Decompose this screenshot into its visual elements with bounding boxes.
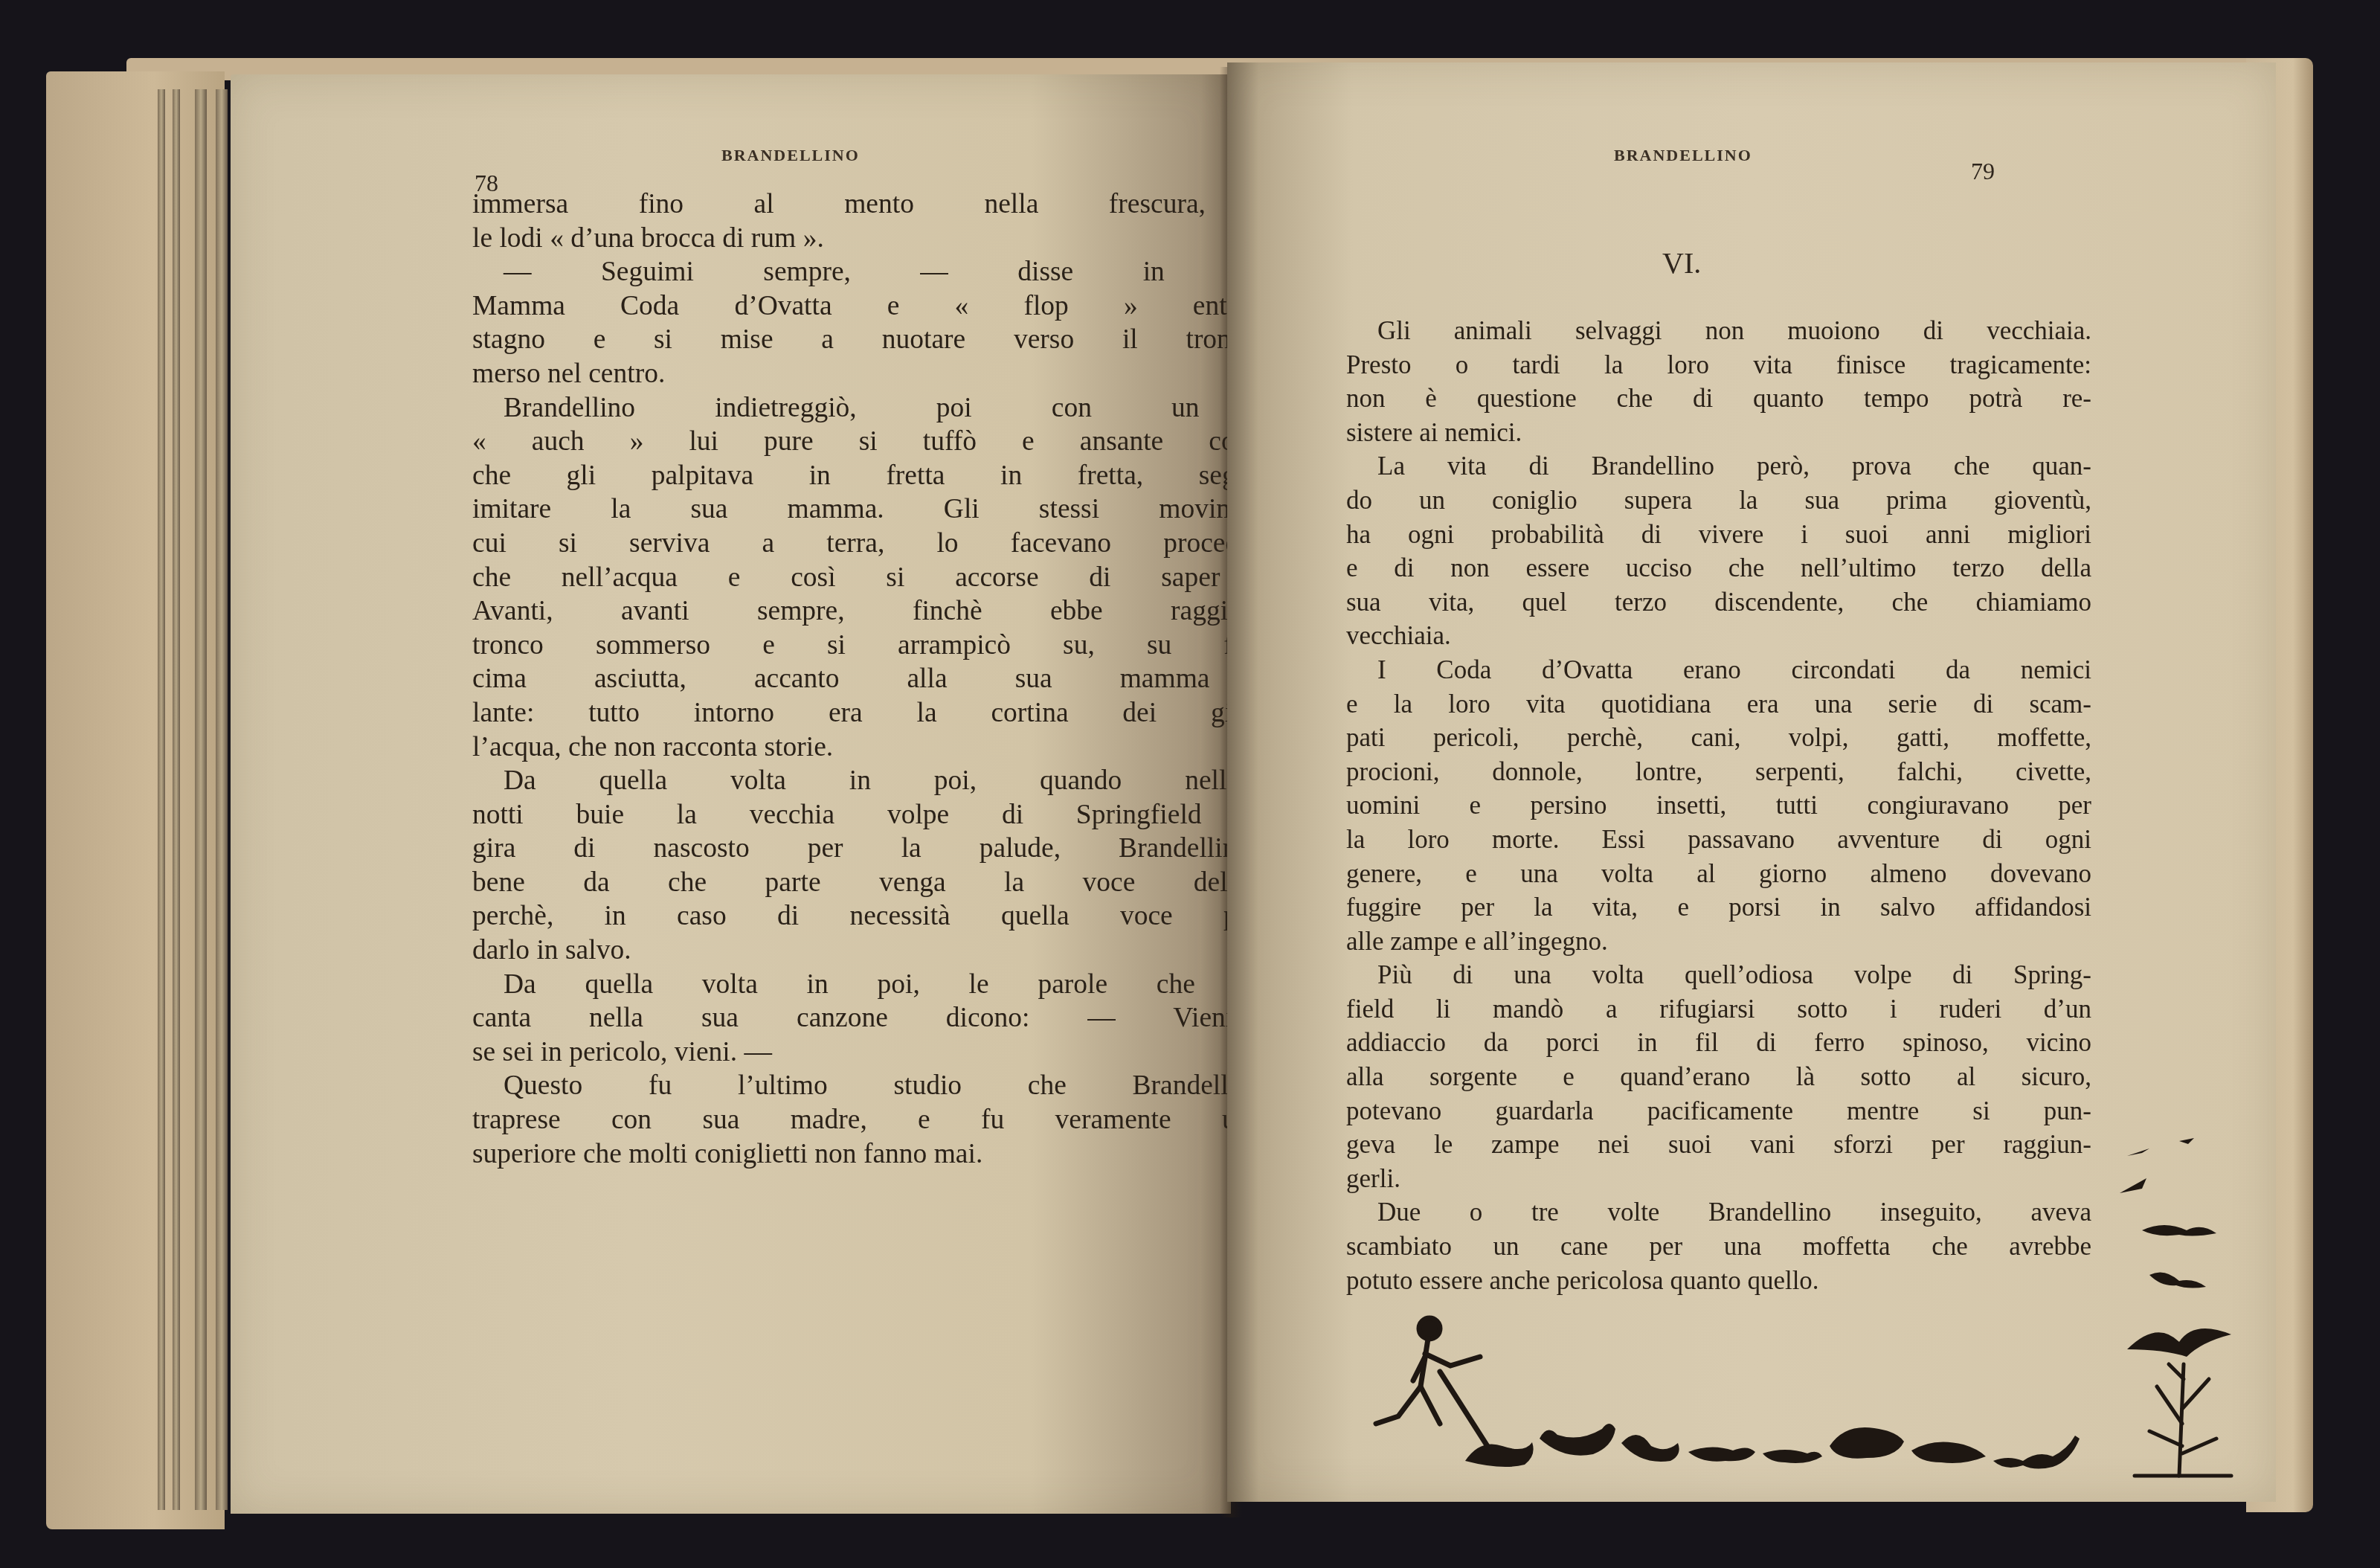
text-line: field li mandò a rifugiarsi sotto i rude… xyxy=(1346,992,2091,1026)
text-line: geva le zampe nei suoi vani sforzi per r… xyxy=(1346,1128,2091,1162)
hunter-icon xyxy=(1376,1318,1495,1458)
text-line: La vita di Brandellino però, prova che q… xyxy=(1346,449,2091,483)
bush-icon xyxy=(2135,1364,2231,1476)
text-line: non è questione che di quanto tempo potr… xyxy=(1346,382,2091,416)
birds-and-bush-illustration xyxy=(2112,1126,2246,1483)
text-line: fuggire per la vita, e porsi in salvo af… xyxy=(1346,890,2091,925)
text-line: Due o tre volte Brandellino inseguito, a… xyxy=(1346,1195,2091,1230)
text-line: Presto o tardi la loro vita finisce trag… xyxy=(1346,348,2091,382)
text-line: I Coda d’Ovatta erano circondati da nemi… xyxy=(1346,653,2091,687)
running-head: BRANDELLINO xyxy=(721,146,860,165)
text-line: Più di una volta quell’odiosa volpe di S… xyxy=(1346,958,2091,992)
page-stack-edge xyxy=(173,89,180,1510)
animal-procession-icon xyxy=(1465,1424,2080,1469)
page-stack-edge xyxy=(158,89,165,1510)
page-number: 79 xyxy=(1971,158,1995,185)
text-line: sua vita, quel terzo discendente, che ch… xyxy=(1346,585,2091,620)
text-line: la loro morte. Essi passavano avventure … xyxy=(1346,823,2091,857)
flying-birds-icon xyxy=(2120,1138,2231,1357)
text-line: uomini e persino insetti, tutti congiura… xyxy=(1346,788,2091,823)
text-line: sistere ai nemici. xyxy=(1346,416,2091,450)
body-text: Gli animali selvaggi non muoiono di vecc… xyxy=(1346,314,2091,1297)
text-line: ha ogni probabilità di vivere i suoi ann… xyxy=(1346,518,2091,552)
running-head: BRANDELLINO xyxy=(1614,146,1752,165)
text-line: alla sorgente e quand’erano là sotto al … xyxy=(1346,1060,2091,1094)
right-page: BRANDELLINO 79 VI. Gli animali selvaggi … xyxy=(1227,62,2276,1502)
hunting-scene-illustration xyxy=(1368,1312,2142,1491)
left-page: BRANDELLINO 78 immersa fino al mento nel… xyxy=(231,74,1231,1514)
text-line: potevano guardarla pacificamente mentre … xyxy=(1346,1094,2091,1128)
text-line: scambiato un cane per una moffetta che a… xyxy=(1346,1230,2091,1264)
text-line: gerli. xyxy=(1346,1162,2091,1196)
text-line: alle zampe e all’ingegno. xyxy=(1346,925,2091,959)
text-line: Gli animali selvaggi non muoiono di vecc… xyxy=(1346,314,2091,348)
text-line: addiaccio da porci in fil di ferro spino… xyxy=(1346,1026,2091,1060)
page-stack-edge xyxy=(216,89,228,1510)
text-line: pati pericoli, perchè, cani, volpi, gatt… xyxy=(1346,721,2091,755)
text-line: e la loro vita quotidiana era una serie … xyxy=(1346,687,2091,722)
chapter-heading: VI. xyxy=(1662,245,1701,280)
text-line: e di non essere ucciso che nell’ultimo t… xyxy=(1346,551,2091,585)
text-line: vecchiaia. xyxy=(1346,619,2091,653)
text-line: genere, e una volta al giorno almeno dov… xyxy=(1346,857,2091,891)
page-stack-edge xyxy=(195,89,207,1510)
text-line: do un coniglio supera la sua prima giove… xyxy=(1346,483,2091,518)
text-line: procioni, donnole, lontre, serpenti, fal… xyxy=(1346,755,2091,789)
text-line: potuto essere anche pericolosa quanto qu… xyxy=(1346,1264,2091,1298)
